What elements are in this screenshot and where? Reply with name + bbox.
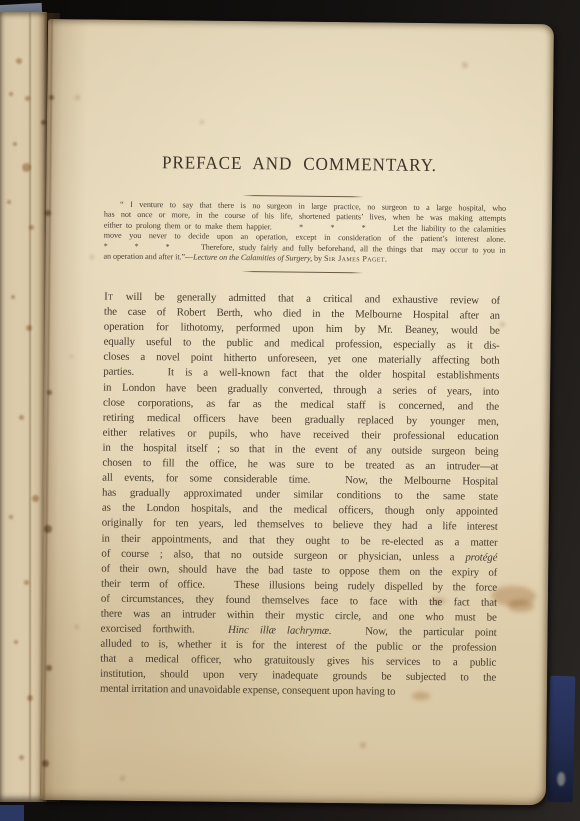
book-cover-edge-bottom-left — [0, 805, 24, 821]
book-photo: PREFACE AND COMMENTARY. “ I venture to s… — [0, 0, 580, 821]
page-title: PREFACE AND COMMENTARY. — [59, 151, 540, 176]
page-edge-fold-line — [29, 12, 31, 802]
divider-rule-top — [242, 195, 364, 197]
divider-rule-bottom — [241, 271, 363, 273]
book-page: PREFACE AND COMMENTARY. “ I venture to s… — [40, 19, 554, 805]
cover-scuff-mark — [557, 772, 565, 786]
book-cover-edge-right — [548, 676, 576, 802]
body-text: It will be generally admitted that a cri… — [100, 290, 500, 702]
epigraph-quote: “ I venture to say that there is no surg… — [103, 200, 506, 267]
